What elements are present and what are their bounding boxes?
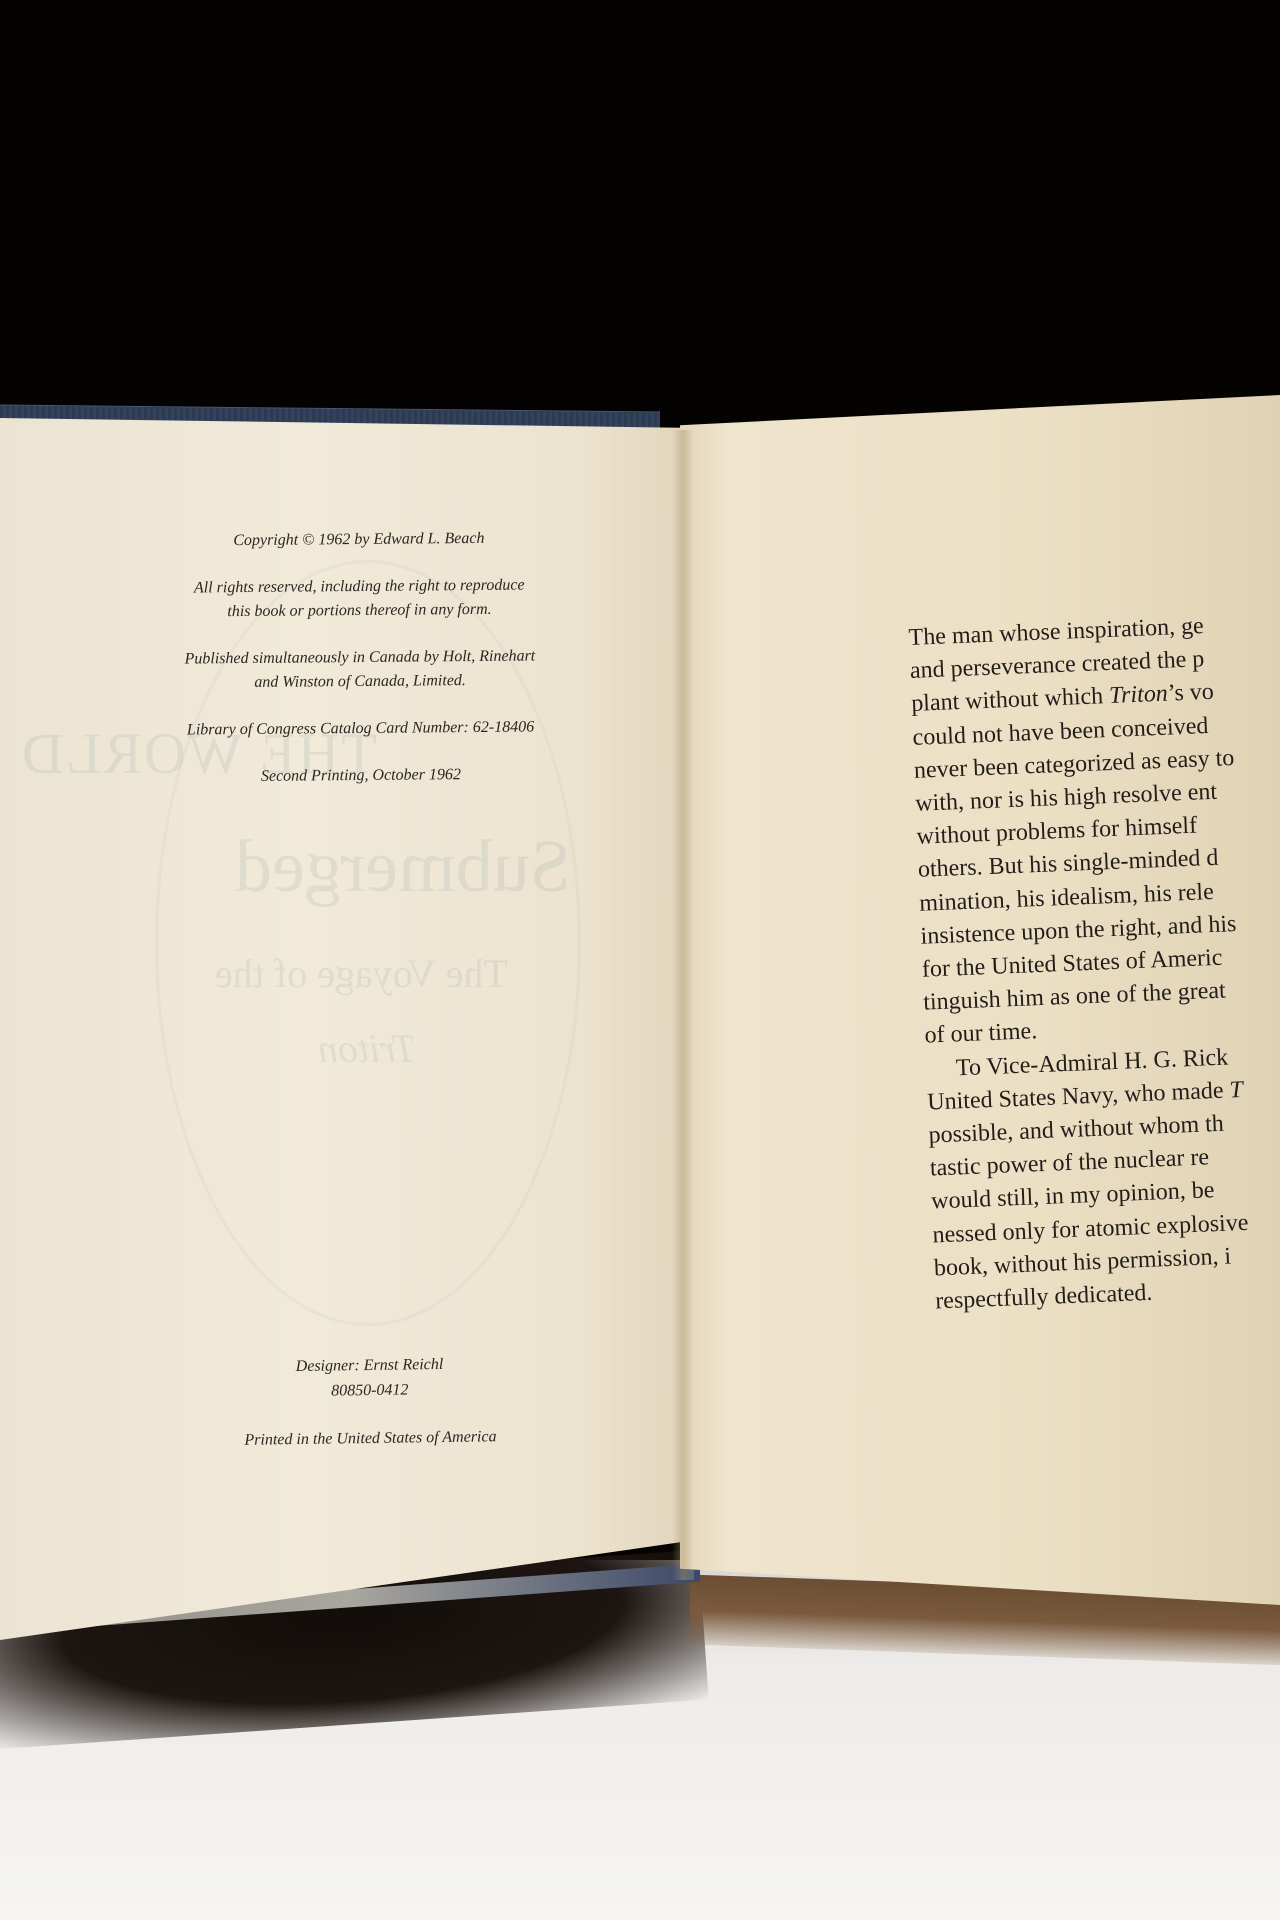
ship-name: Triton [1109, 681, 1169, 709]
copyright-block: Copyright © 1962 by Edward L. Beach All … [109, 526, 611, 813]
text: of our time. [924, 1019, 1038, 1049]
text: respectfully dedicated. [935, 1280, 1153, 1315]
text: plant without which [911, 683, 1110, 717]
colophon-block: Designer: Ernst Reichl 80850-0412 Printe… [169, 1350, 570, 1454]
catalog-notice: Library of Congress Catalog Card Number:… [110, 715, 610, 743]
rights-line-2: this book or portions thereof in any for… [109, 597, 609, 625]
catalog-line: Library of Congress Catalog Card Number:… [110, 715, 610, 743]
printing-line: Second Printing, October 1962 [111, 762, 611, 790]
copyright-line: Copyright © 1962 by Edward L. Beach [109, 526, 609, 554]
canada-notice: Published simultaneously in Canada by Ho… [110, 644, 610, 696]
printing-notice: Second Printing, October 1962 [111, 762, 611, 790]
book-gutter [672, 430, 694, 1580]
dedication-text: The man whose inspiration, ge and persev… [908, 605, 1280, 1319]
copyright-notice: Copyright © 1962 by Edward L. Beach [109, 526, 609, 554]
canada-line-1: Published simultaneously in Canada by Ho… [110, 644, 610, 672]
rights-notice: All rights reserved, including the right… [109, 573, 609, 625]
ship-name: T [1229, 1077, 1243, 1104]
text: ’s vo [1167, 679, 1214, 707]
canada-line-2: and Winston of Canada, Limited. [110, 668, 610, 696]
